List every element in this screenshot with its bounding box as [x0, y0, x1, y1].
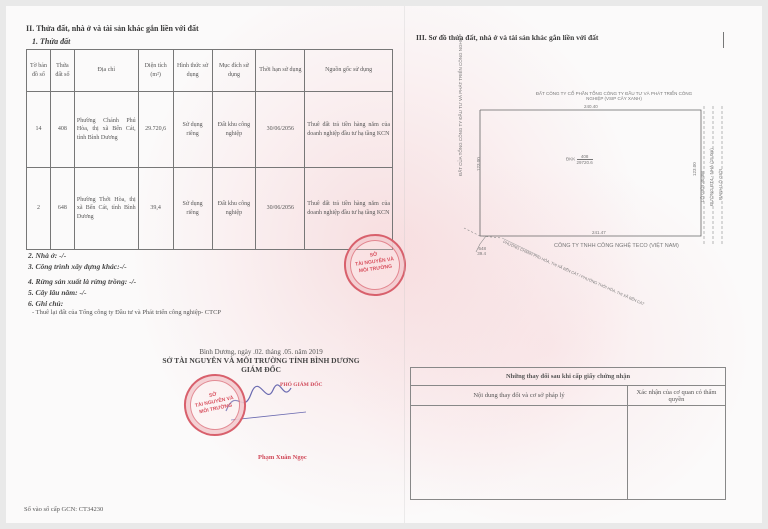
cell-area: 29.720,6 — [138, 92, 173, 168]
item-other-construction: 3. Công trình xây dựng khác:-/- — [28, 261, 221, 272]
north-arrow — [723, 32, 724, 48]
register-number: Số vào sổ cấp GCN: CT34230 — [24, 506, 103, 513]
certificate-page: II. Thửa đất, nhà ở và tài sản khác gắn … — [6, 6, 762, 523]
issuing-authority: SỞ TÀI NGUYÊN VÀ MÔI TRƯỜNG TỈNH BÌNH DƯ… — [116, 356, 406, 365]
cell-parcel-no: 648 — [50, 168, 74, 250]
cell-purpose: Đất khu công nghiệp — [212, 92, 256, 168]
note-text: - Thuê lại đất của Tổng công ty Đầu tư v… — [32, 309, 221, 316]
cell-origin: Thuê đất trả tiền hàng năm của doanh ngh… — [305, 92, 393, 168]
left-neighbor-label: ĐẤT CỦA TỔNG CÔNG TY ĐẦU TƯ VÀ PHÁT TRIỂ… — [458, 46, 463, 176]
header-cell: Thửa đất số — [50, 50, 74, 92]
issue-date: Bình Dương, ngày .02. tháng .05. năm 201… — [116, 348, 406, 356]
cell-area: 39,4 — [138, 168, 173, 250]
changes-table: Những thay đổi sau khi cấp giấy chứng nh… — [410, 367, 726, 500]
header-cell: Tờ bản đồ số — [27, 50, 51, 92]
parcel-label-prefix: ĐKK — [566, 157, 575, 162]
cell-usage-form: Sử dụng riêng — [173, 168, 212, 250]
parcel-area: 29720.6 — [577, 160, 593, 165]
cell-address: Phường Thới Hòa, thị xã Bến Cát, tỉnh Bì… — [74, 168, 138, 250]
table-row: 2 648 Phường Thới Hòa, thị xã Bến Cát, t… — [27, 168, 393, 250]
top-neighbor-label: ĐẤT CÔNG TY CỔ PHẦN TỔNG CÔNG TY ĐẦU TƯ … — [534, 91, 694, 101]
header-cell: Mục đích sử dụng — [212, 50, 256, 92]
item-house: 2. Nhà ở: -/- — [28, 250, 221, 261]
page-fold — [404, 6, 405, 523]
cell-address: Phường Chánh Phú Hòa, thị xã Bến Cát, tỉ… — [74, 92, 138, 168]
section-title-land: II. Thửa đất, nhà ở và tài sản khác gắn … — [26, 24, 199, 33]
top-length: 240.40 — [584, 104, 598, 109]
bottom-length: 241.47 — [592, 230, 606, 235]
changes-col-confirmation: Xác nhận của cơ quan có thẩm quyền — [628, 386, 726, 406]
table-header-row: Tờ bản đồ số Thửa đất số Địa chỉ Diện tí… — [27, 50, 393, 92]
signature-block: Bình Dương, ngày .02. tháng .05. năm 201… — [116, 348, 406, 374]
subsection-title-parcel: 1. Thửa đất — [32, 37, 70, 46]
table-row: 14 408 Phường Chánh Phú Hòa, thị xã Bến … — [27, 92, 393, 168]
changes-confirmation-cell — [628, 406, 726, 500]
header-cell: Nguồn gốc sử dụng — [305, 50, 393, 92]
header-cell: Hình thức sử dụng — [173, 50, 212, 92]
right-length: 123.00 — [692, 162, 697, 176]
bottom-neighbor-label: CÔNG TY TNHH CÔNG NGHỆ TECO (VIỆT NAM) — [554, 243, 679, 249]
official-stamp: SỞ TÀI NGUYÊN VÀ MÔI TRƯỜNG — [340, 230, 410, 300]
signer-name: Phạm Xuân Ngọc — [258, 454, 307, 461]
road-boundary-label: LỘ GIỚI 30.0M — [700, 171, 705, 202]
cell-purpose: Đất khu công nghiệp — [212, 168, 256, 250]
changes-col-content: Nội dung thay đổi và cơ sở pháp lý — [411, 386, 628, 406]
item-planted-forest: 4. Rừng sản xuất là rừng trồng: -/- — [28, 276, 221, 287]
small-parcel-no-area: 64839.4 — [446, 246, 486, 256]
header-cell: Địa chỉ — [74, 50, 138, 92]
cell-parcel-no: 408 — [50, 92, 74, 168]
header-cell: Thời hạn sử dụng — [256, 50, 305, 92]
header-cell: Diện tích (m²) — [138, 50, 173, 92]
parcel-label: ĐKK 408 29720.6 — [566, 154, 593, 165]
road-edge-label: RANH LỘ GIỚI — [718, 169, 723, 200]
parcel-table: Tờ bản đồ số Thửa đất số Địa chỉ Diện tí… — [26, 49, 393, 250]
item-notes-label: 6. Ghi chú: — [28, 298, 221, 309]
small-parcel-area: 39.4 — [477, 251, 486, 256]
cell-term: 30/06/2056 — [256, 168, 305, 250]
signer-role: GIÁM ĐỐC — [116, 365, 406, 374]
changes-content-cell — [411, 406, 628, 500]
other-assets-list: 2. Nhà ở: -/- 3. Công trình xây dựng khá… — [28, 250, 221, 316]
cell-map-sheet: 2 — [27, 168, 51, 250]
item-perennial-trees: 5. Cây lâu năm: -/- — [28, 287, 221, 298]
road-name-label: ĐƯỜNG ĐT4 - NHÀ (15.0m) — [709, 148, 714, 206]
cell-map-sheet: 14 — [27, 92, 51, 168]
changes-table-title: Những thay đổi sau khi cấp giấy chứng nh… — [411, 368, 726, 386]
section-title-diagram: III. Sơ đồ thửa đất, nhà ở và tài sản kh… — [416, 33, 598, 42]
cell-term: 30/06/2056 — [256, 92, 305, 168]
left-length: 123.00 — [476, 157, 481, 171]
cell-usage-form: Sử dụng riêng — [173, 92, 212, 168]
